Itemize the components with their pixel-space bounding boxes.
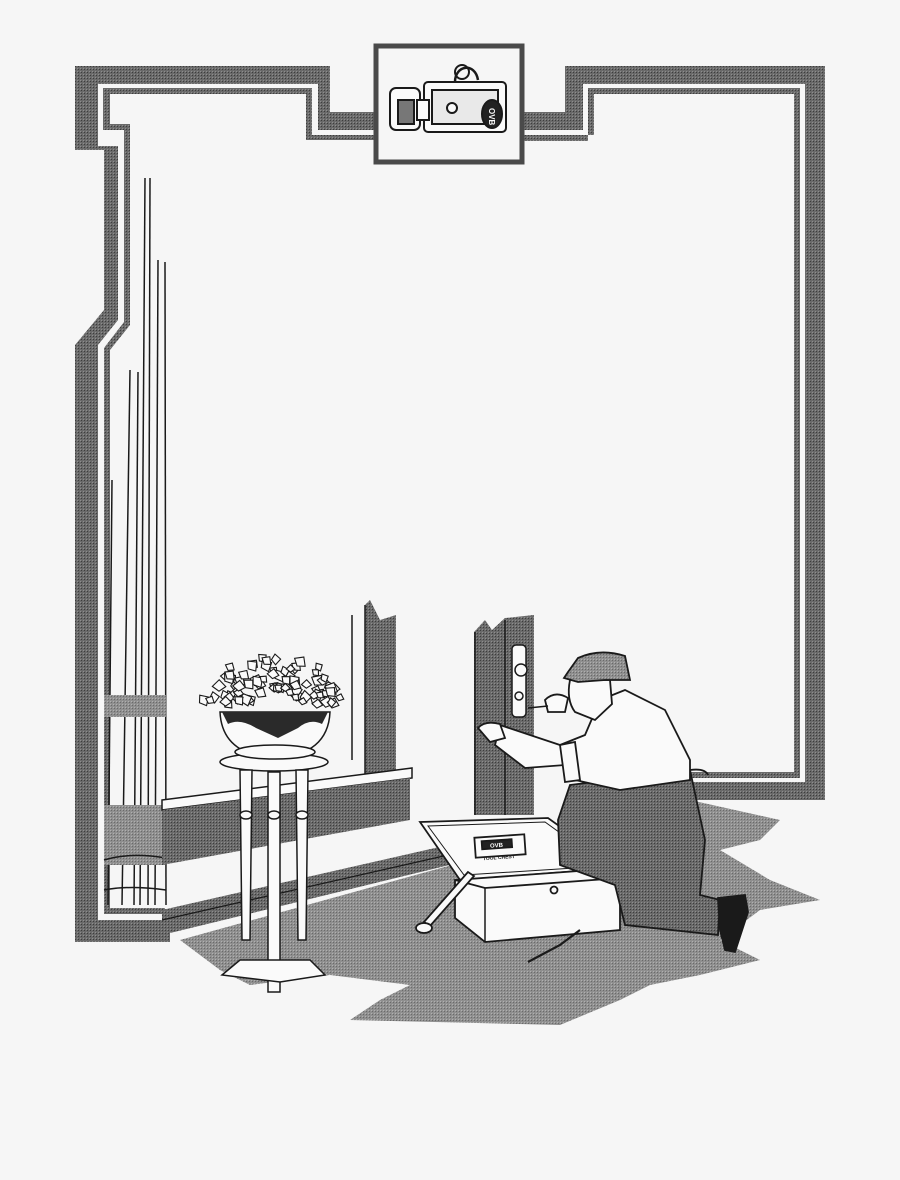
cap [564, 652, 630, 682]
frame-outer-band-right [522, 66, 825, 800]
door-escutcheon-plate [512, 645, 526, 717]
ivy-leaf [271, 654, 281, 665]
frame-inner-band-right [522, 88, 800, 778]
lock-badge-text: OVB [487, 108, 496, 126]
ivy-leaf [301, 680, 311, 689]
window-frame-left [365, 600, 396, 775]
door [474, 615, 534, 815]
illustration-canvas: OVB [0, 0, 900, 1180]
shoe [718, 895, 748, 952]
fern-pot [220, 712, 330, 759]
door-knob [515, 664, 527, 676]
ivy-leaf [212, 680, 226, 692]
fern-leaves [196, 651, 345, 711]
tool-chest-brand: OVB [490, 843, 504, 850]
